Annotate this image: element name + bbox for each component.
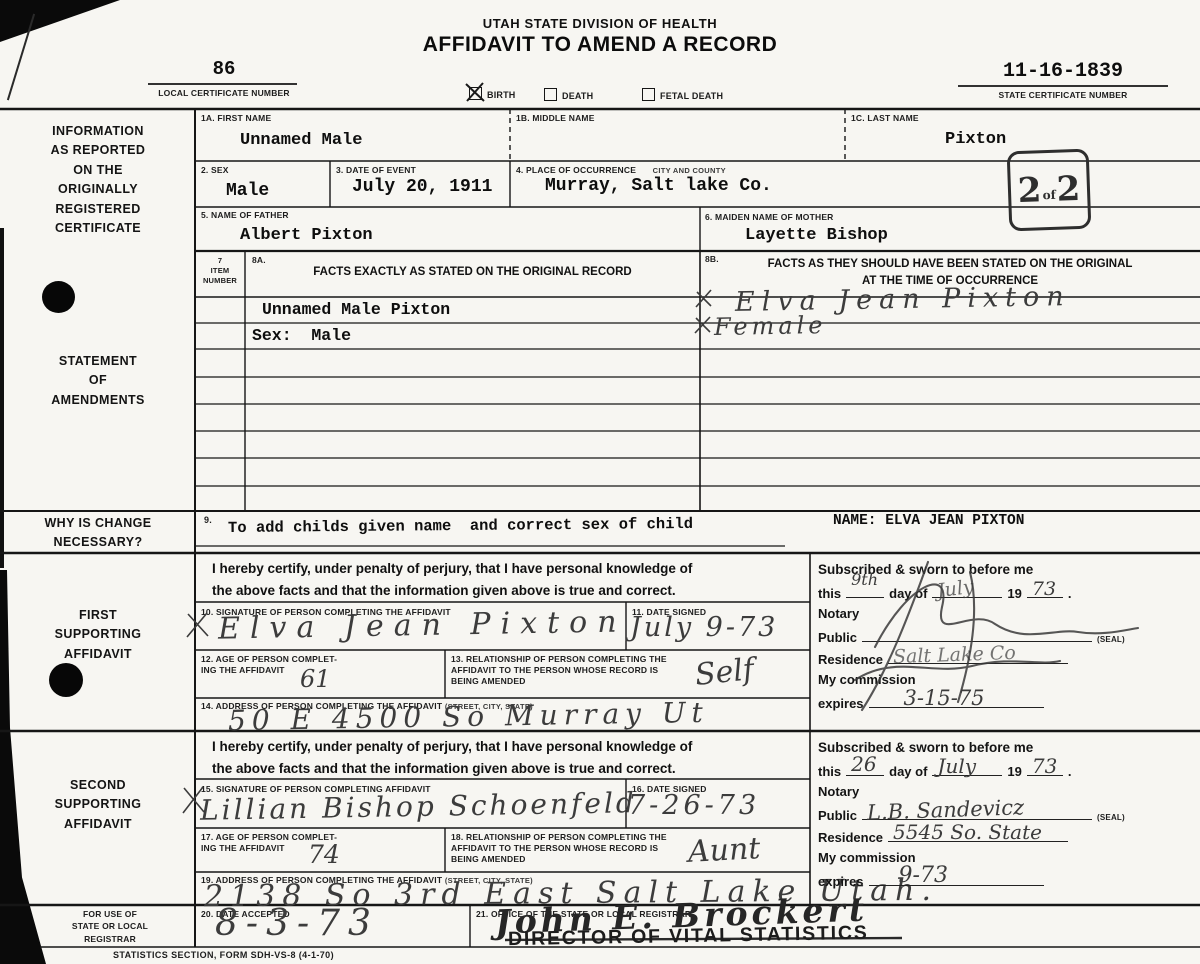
section-label-original-info: INFORMATION AS REPORTED ON THE ORIGINALL… bbox=[8, 122, 188, 238]
aff1-relationship-label: 13. RELATIONSHIP OF PERSON COMPLETING TH… bbox=[451, 654, 667, 687]
aff2-relationship-value[interactable]: Aunt bbox=[687, 831, 761, 870]
state-certificate-label: STATE CERTIFICATE NUMBER bbox=[953, 90, 1173, 101]
reason-tag: 9. bbox=[204, 515, 212, 527]
section-label-affidavit2: SECOND SUPPORTING AFFIDAVIT bbox=[8, 776, 188, 834]
notary-month-field[interactable]: July bbox=[932, 762, 1002, 776]
father-name-value: Albert Pixton bbox=[240, 226, 373, 245]
reason-name-note: NAME: ELVA JEAN PIXTON bbox=[833, 513, 1024, 529]
middle-name-label: 1B. MIDDLE NAME bbox=[516, 113, 595, 124]
birth-checkbox-label: BIRTH bbox=[487, 90, 516, 102]
certification-line1: I hereby certify, under penalty of perju… bbox=[212, 558, 812, 580]
death-checkbox-label: DEATH bbox=[562, 91, 593, 103]
notary1-signature-scrawl bbox=[820, 552, 1150, 722]
aff1-age-value[interactable]: 61 bbox=[300, 665, 331, 693]
notary-public-field[interactable]: L.B. Sandevicz bbox=[862, 806, 1092, 820]
item-number-column-header: 7 ITEM NUMBER bbox=[196, 256, 244, 286]
local-certificate-label: LOCAL CERTIFICATE NUMBER bbox=[128, 88, 320, 99]
fetal-death-checkbox-label: FETAL DEATH bbox=[660, 91, 723, 103]
place-sublabel: CITY AND COUNTY bbox=[653, 166, 726, 175]
section-label-reason: WHY IS CHANGE NECESSARY? bbox=[8, 514, 188, 553]
notary-dayof-label: day of bbox=[889, 764, 927, 779]
fetal-death-checkbox[interactable] bbox=[642, 88, 655, 101]
mother-name-label: 6. MAIDEN NAME OF MOTHER bbox=[705, 212, 834, 223]
aff2-notary-month: July bbox=[937, 754, 976, 778]
father-name-label: 5. NAME OF FATHER bbox=[201, 210, 289, 221]
date-of-event-value: July 20, 1911 bbox=[352, 177, 492, 197]
amendment-row-original: Sex: Male bbox=[252, 326, 351, 345]
date-accepted-value[interactable]: 8-3-73 bbox=[215, 903, 379, 944]
form-id-text: STATISTICS SECTION, FORM SDH-VS-8 (4-1-7… bbox=[113, 950, 334, 962]
section-label-amendments: STATEMENT OF AMENDMENTS bbox=[8, 352, 188, 410]
last-name-label: 1C. LAST NAME bbox=[851, 113, 919, 124]
death-checkbox[interactable] bbox=[544, 88, 557, 101]
stamp-digit: 2 bbox=[1056, 169, 1081, 210]
col-8a-heading: FACTS EXACTLY AS STATED ON THE ORIGINAL … bbox=[245, 266, 700, 278]
stamp-word: of bbox=[1042, 188, 1056, 202]
notary-residence-field[interactable]: 5545 So. State bbox=[888, 828, 1068, 842]
amendment-row-original: Unnamed Male Pixton bbox=[262, 300, 450, 319]
section-label-registrar-use: FOR USE OF STATE OR LOCAL REGISTRAR bbox=[30, 908, 190, 945]
place-label-text: 4. PLACE OF OCCURRENCE bbox=[516, 165, 636, 175]
notary-expires-field[interactable]: 9-73 bbox=[869, 872, 1044, 886]
birth-check-mark bbox=[463, 80, 489, 106]
mother-name-value: Layette Bishop bbox=[745, 226, 888, 245]
form-title: AFFIDAVIT TO AMEND A RECORD bbox=[360, 33, 840, 57]
aff2-age-value[interactable]: 74 bbox=[308, 840, 340, 869]
notary-label: Notary bbox=[818, 784, 859, 799]
aff2-notary-block: Subscribed & sworn to before me this 26 … bbox=[818, 740, 1190, 887]
sex-label: 2. SEX bbox=[201, 165, 229, 176]
page-number-stamp: 2 of 2 bbox=[1007, 149, 1092, 232]
local-certificate-number: 86 bbox=[150, 58, 298, 80]
state-certificate-number: 11-16-1839 bbox=[958, 60, 1168, 83]
notary-19-label: 19 bbox=[1007, 764, 1021, 779]
sex-value: Male bbox=[226, 181, 269, 201]
first-name-value: Unnamed Male bbox=[240, 131, 362, 150]
x-marks-8b bbox=[694, 288, 716, 338]
seal-label: (SEAL) bbox=[1097, 813, 1125, 823]
aff2-notary-day: 26 bbox=[851, 752, 876, 778]
aff2-date-signed-value[interactable]: 7-26-73 bbox=[628, 790, 760, 821]
first-name-label: 1A. FIRST NAME bbox=[201, 113, 271, 124]
col-8a-tag: 8A. bbox=[252, 255, 266, 266]
section-label-affidavit1: FIRST SUPPORTING AFFIDAVIT bbox=[8, 606, 188, 664]
notary-year-field[interactable]: 73 bbox=[1027, 762, 1063, 776]
date-of-event-label: 3. DATE OF EVENT bbox=[336, 165, 416, 176]
place-value: Murray, Salt lake Co. bbox=[545, 176, 772, 196]
aff1-signature-value[interactable]: Elva Jean Pixton bbox=[218, 604, 627, 646]
amendment-row-corrected: Female bbox=[714, 311, 827, 341]
aff2-notary-expires: 9-73 bbox=[899, 863, 948, 888]
certification-line1: I hereby certify, under penalty of perju… bbox=[212, 736, 812, 758]
notary-public-label: Public bbox=[818, 808, 857, 823]
last-name-value: Pixton bbox=[945, 130, 1006, 149]
certification-text: I hereby certify, under penalty of perju… bbox=[212, 558, 812, 601]
aff2-notary-year: 73 bbox=[1032, 754, 1057, 778]
notary-residence-label: Residence bbox=[818, 830, 883, 845]
aff2-relationship-label: 18. RELATIONSHIP OF PERSON COMPLETING TH… bbox=[451, 832, 667, 865]
notary-period: . bbox=[1068, 764, 1072, 779]
place-label: 4. PLACE OF OCCURRENCE CITY AND COUNTY bbox=[516, 165, 726, 176]
aff1-relationship-value[interactable]: Self bbox=[693, 652, 755, 693]
agency-name: UTAH STATE DIVISION OF HEALTH bbox=[400, 16, 800, 31]
notary-day-field[interactable]: 26 bbox=[846, 762, 884, 776]
certification-line2: the above facts and that the information… bbox=[212, 758, 812, 780]
aff1-date-signed-value[interactable]: July 9-73 bbox=[630, 612, 778, 643]
certification-text: I hereby certify, under penalty of perju… bbox=[212, 736, 812, 779]
affidavit-document: UTAH STATE DIVISION OF HEALTH AFFIDAVIT … bbox=[0, 0, 1200, 964]
notary-this-label: this bbox=[818, 764, 841, 779]
notary-expires-label: expires bbox=[818, 874, 864, 889]
stamp-digit: 2 bbox=[1017, 170, 1042, 211]
x-mark-signature1 bbox=[184, 608, 212, 640]
aff2-notary-residence: 5545 So. State bbox=[893, 820, 1042, 844]
certification-line2: the above facts and that the information… bbox=[212, 580, 812, 602]
